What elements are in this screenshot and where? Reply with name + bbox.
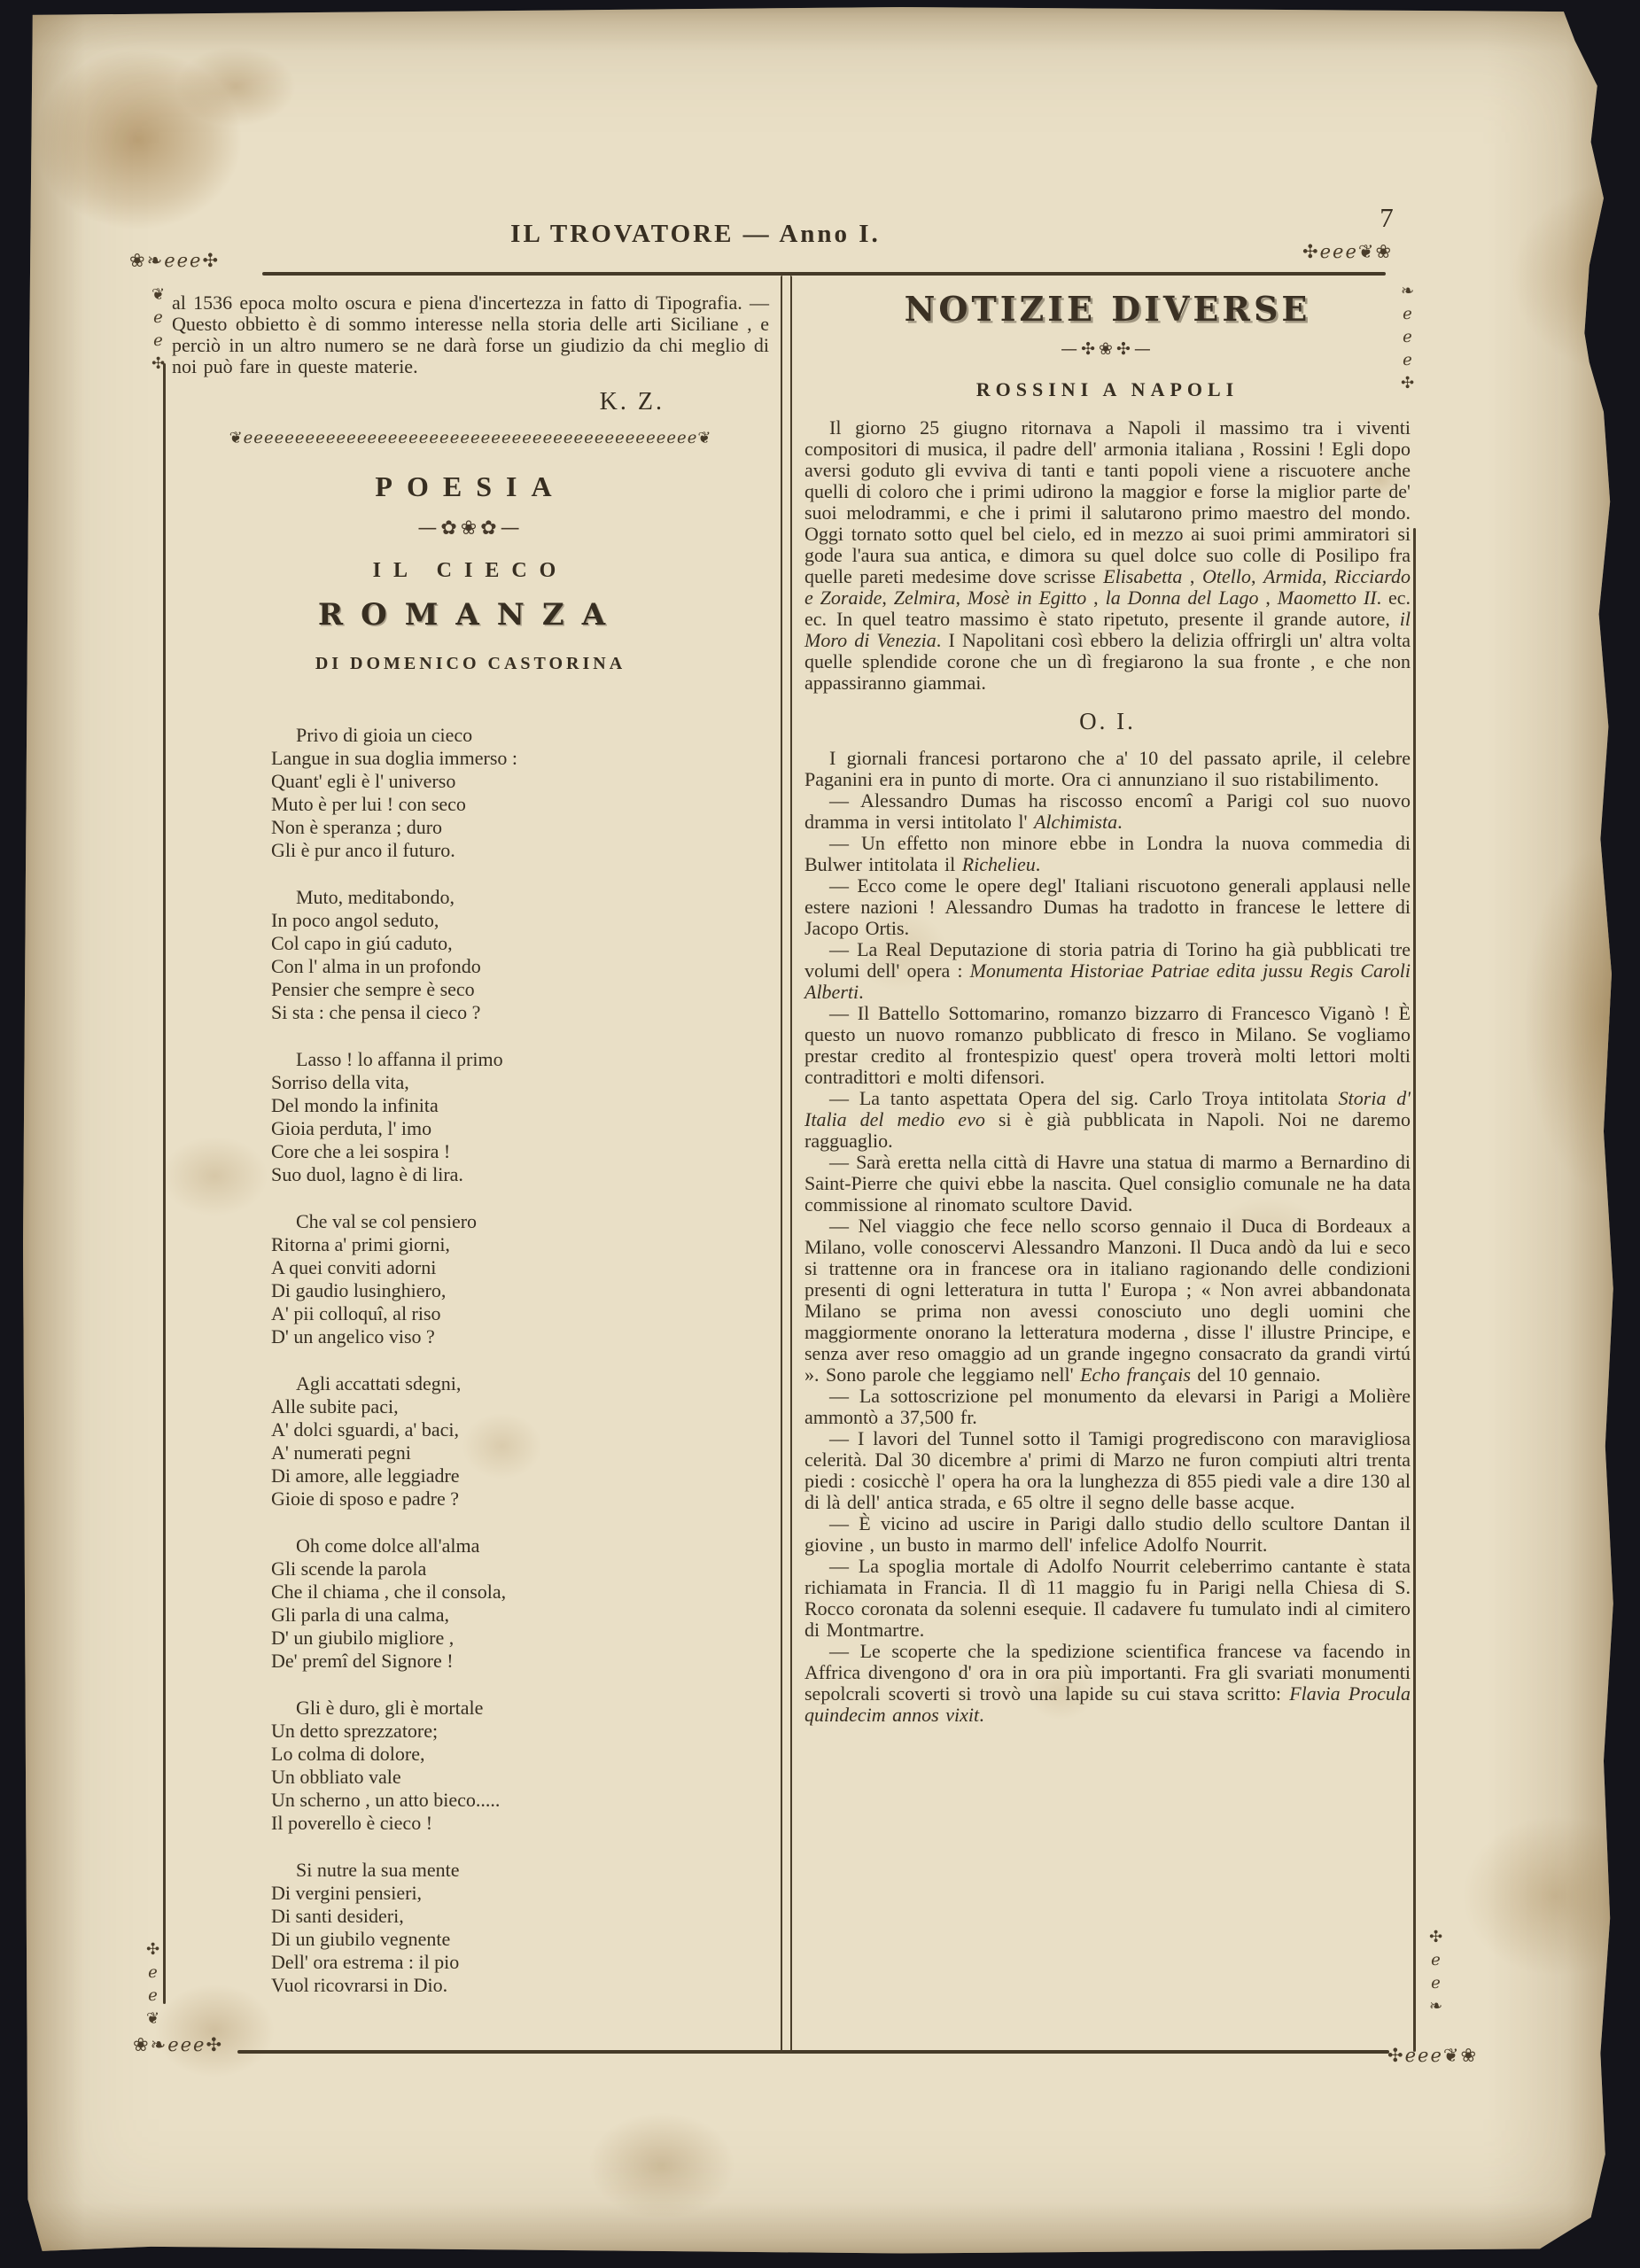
corner-ornament-top-left-vertical: ❦ℯℯ✣ (149, 285, 167, 377)
header-rule (262, 272, 1386, 276)
poem-line: A quei conviti adorni (271, 1256, 769, 1279)
article-body: Il giorno 25 giugno ritornava a Napoli i… (804, 417, 1411, 694)
poem-line: Che il chiama , che il consola, (271, 1581, 769, 1604)
news-item: — Nel viaggio che fece nello scorso genn… (804, 1216, 1411, 1386)
section-title-poesia: POESIA (172, 470, 769, 503)
poem-stanza: Gli è duro, gli è mortaleUn detto sprezz… (271, 1697, 769, 1835)
poem-line: Langue in sua doglia immerso : (271, 747, 769, 770)
section-title-notizie: NOTIZIE DIVERSE (804, 289, 1411, 329)
poem-line: Di vergini pensieri, (271, 1882, 769, 1905)
poem-line: D' un angelico viso ? (271, 1325, 769, 1348)
poem-line: Gli è duro, gli è mortale (271, 1697, 769, 1720)
poem-line: Quant' egli è l' universo (271, 770, 769, 793)
poem-line: Suo duol, lagno è di lira. (271, 1163, 769, 1186)
corner-ornament-bottom-right: ✣ℯℯℯ❦❀ (1387, 2045, 1478, 2066)
poem-line: Non è speranza ; duro (271, 816, 769, 839)
corner-ornament-top-left: ❀❧ℯℯℯ✣ (129, 250, 220, 271)
poem-line: Di gaudio lusinghiero, (271, 1279, 769, 1302)
poem-line: In poco angol seduto, (271, 909, 769, 932)
poem-line: Un scherno , un atto bieco..... (271, 1789, 769, 1812)
poem-line: Core che a lei sospira ! (271, 1140, 769, 1163)
poem-line: Gioie di sposo e padre ? (271, 1487, 769, 1511)
article-signature: O. I. (804, 708, 1411, 735)
poem-line: Vuol ricovrarsi in Dio. (271, 1974, 769, 1997)
corner-ornament-bottom-left-vertical: ✣ℯℯ❦ (144, 1940, 162, 2032)
news-item: — La tanto aspettata Opera del sig. Carl… (804, 1088, 1411, 1152)
intro-paragraph: al 1536 epoca molto oscura e piena d'inc… (172, 292, 769, 377)
poem-line: Agli accattati sdegni, (271, 1372, 769, 1395)
news-item: I giornali francesi portarono che a' 10 … (804, 748, 1411, 790)
left-border-rule (163, 363, 166, 2004)
news-item: — Ecco come le opere degl' Italiani risc… (804, 875, 1411, 939)
poem-line: Di amore, alle leggiadre (271, 1464, 769, 1487)
corner-ornament-top-right: ✣ℯℯℯ❦❀ (1302, 241, 1393, 262)
column-divider-rule (781, 276, 792, 2053)
poem-line: A' numerati pegni (271, 1441, 769, 1464)
poem-line: Gli scende la parola (271, 1557, 769, 1581)
poem-line: De' premî del Signore ! (271, 1650, 769, 1673)
poem-line: Muto è per lui ! con seco (271, 793, 769, 816)
poem-line: Gli è pur anco il futuro. (271, 839, 769, 862)
news-item: — Un effetto non minore ebbe in Londra l… (804, 833, 1411, 875)
poem-line: Lo colma di dolore, (271, 1743, 769, 1766)
poem-line: Che val se col pensiero (271, 1210, 769, 1233)
right-column: NOTIZIE DIVERSE —✣❀✣— ROSSINI A NAPOLI I… (804, 289, 1411, 1726)
poem-line: Gli parla di una calma, (271, 1604, 769, 1627)
poem-byline: DI DOMENICO CASTORINA (172, 654, 769, 674)
article-title: ROSSINI A NAPOLI (804, 378, 1411, 401)
news-item: — Le scoperte che la spedizione scientif… (804, 1641, 1411, 1726)
poem-line: Dell' ora estrema : il pio (271, 1951, 769, 1974)
poem-line: Oh come dolce all'alma (271, 1534, 769, 1557)
right-border-rule (1413, 528, 1416, 2052)
poem-line: Lasso ! lo affanna il primo (271, 1048, 769, 1071)
chain-divider: ❦ℯℯℯℯℯℯℯℯℯℯℯℯℯℯℯℯℯℯℯℯℯℯℯℯℯℯℯℯℯℯℯℯℯℯℯℯℯℯℯ… (172, 429, 769, 447)
poem-stanza: Lasso ! lo affanna il primoSorriso della… (271, 1048, 769, 1186)
poem-line: Pensier che sempre è seco (271, 978, 769, 1001)
poem-line: D' un giubilo migliore , (271, 1627, 769, 1650)
poem-line: Si sta : che pensa il cieco ? (271, 1001, 769, 1024)
page-content: IL TROVATORE — Anno I. 7 ❀❧ℯℯℯ✣ ❦ℯℯ✣ ✣ℯℯ… (0, 0, 1640, 2268)
poem-line: Il poverello è cieco ! (271, 1812, 769, 1835)
poem: Privo di gioia un ciecoLangue in sua dog… (172, 724, 769, 1997)
floral-ornament-small: —✣❀✣— (804, 339, 1411, 359)
left-column: al 1536 epoca molto oscura e piena d'inc… (172, 292, 769, 2021)
news-item: — I lavori del Tunnel sotto il Tamigi pr… (804, 1428, 1411, 1513)
poem-line: Del mondo la infinita (271, 1094, 769, 1117)
poem-line: Col capo in giú caduto, (271, 932, 769, 955)
poem-subtitle: ROMANZA (172, 597, 769, 633)
poem-line: Alle subite paci, (271, 1395, 769, 1418)
poem-line: A' dolci sguardi, a' baci, (271, 1418, 769, 1441)
news-item: — Alessandro Dumas ha riscosso encomî a … (804, 790, 1411, 833)
bottom-rule (237, 2050, 1389, 2054)
news-item: — La spoglia mortale di Adolfo Nourrit c… (804, 1556, 1411, 1641)
poem-line: Muto, meditabondo, (271, 886, 769, 909)
poem-stanza: Muto, meditabondo,In poco angol seduto,C… (271, 886, 769, 1024)
poem-line: Privo di gioia un cieco (271, 724, 769, 747)
poem-stanza: Che val se col pensieroRitorna a' primi … (271, 1210, 769, 1348)
page-number: 7 (1347, 202, 1426, 234)
news-item: — La Real Deputazione di storia patria d… (804, 939, 1411, 1003)
news-list: I giornali francesi portarono che a' 10 … (804, 748, 1411, 1726)
poem-line: Di un giubilo vegnente (271, 1928, 769, 1951)
poem-stanza: Agli accattati sdegni,Alle subite paci,A… (271, 1372, 769, 1511)
poem-title: IL CIECO (172, 559, 769, 583)
poem-line: Di santi desideri, (271, 1905, 769, 1928)
poem-line: Un detto sprezzatore; (271, 1720, 769, 1743)
news-item: — La sottoscrizione pel monumento da ele… (804, 1386, 1411, 1428)
poem-line: Si nutre la sua mente (271, 1859, 769, 1882)
poem-line: Un obbliato vale (271, 1766, 769, 1789)
poem-line: A' pii colloquî, al riso (271, 1302, 769, 1325)
poem-line: Sorriso della vita, (271, 1071, 769, 1094)
page-title: IL TROVATORE — Anno I. (266, 220, 1125, 249)
corner-ornament-bottom-right-vertical: ✣ℯℯ❧ (1426, 1928, 1445, 2020)
poem-line: Gioia perduta, l' imo (271, 1117, 769, 1140)
poem-stanza: Si nutre la sua menteDi vergini pensieri… (271, 1859, 769, 1997)
news-item: — È vicino ad uscire in Parigi dallo stu… (804, 1513, 1411, 1556)
news-item: — Sarà eretta nella città di Havre una s… (804, 1152, 1411, 1216)
poem-line: Ritorna a' primi giorni, (271, 1233, 769, 1256)
poem-line: Con l' alma in un profondo (271, 955, 769, 978)
poem-stanza: Oh come dolce all'almaGli scende la paro… (271, 1534, 769, 1673)
corner-ornament-bottom-left: ❀❧ℯℯℯ✣ (133, 2034, 223, 2055)
intro-signature: K. Z. (172, 388, 769, 416)
floral-ornament: —✿❀✿— (172, 517, 769, 540)
news-item: — Il Battello Sottomarino, romanzo bizza… (804, 1003, 1411, 1088)
poem-stanza: Privo di gioia un ciecoLangue in sua dog… (271, 724, 769, 862)
